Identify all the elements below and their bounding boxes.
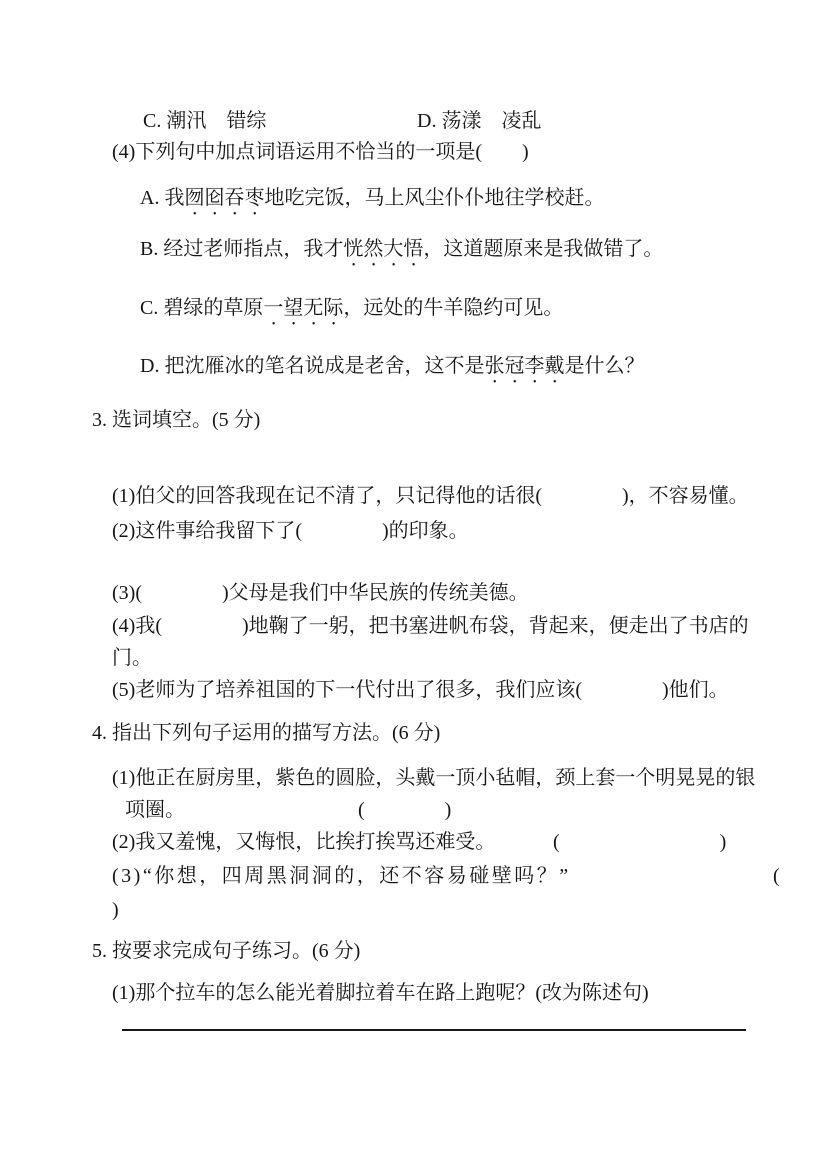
q5-item-1: (1)那个拉车的怎么能光着脚拉着车在路上跑呢？(改为陈述句) (112, 980, 649, 1006)
q2-4-option-a-post: 地吃完饭，马上风尘仆仆地往学校赶。 (264, 187, 604, 209)
q5-title: 5. 按要求完成句子练习。(6 分) (92, 938, 360, 964)
q2-4-option-d: D. 把沈雁冰的笔名说成是老舍，这不是张冠李戴是什么？ (140, 353, 644, 388)
q3-item-5: (5)老师为了培养祖国的下一代付出了很多，我们应该( )他们。 (112, 677, 729, 703)
q2-4-option-d-emphasized-word: 张冠李戴 (484, 355, 564, 377)
q2-4-option-d-post: 是什么？ (564, 355, 644, 377)
q4-item-1-answer-parens: ( ) (358, 797, 451, 823)
q4-item-2-answer-parens: ( ) (553, 829, 726, 855)
q4-item-3-close-paren: ) (112, 897, 119, 923)
q2-4-option-c-post: ，远处的牛羊隐约可见。 (343, 297, 563, 319)
q2-3-option-d: D. 荡漾 凌乱 (417, 108, 541, 134)
q2-4-option-a-emphasized-word: 囫囵吞枣 (184, 187, 264, 209)
q2-4-option-b: B. 经过老师指点，我才恍然大悟，这道题原来是我做错了。 (140, 236, 663, 271)
q4-item-1-line-2: 项圈。 (125, 797, 185, 823)
q4-item-3-open-paren: ( (773, 863, 780, 889)
q2-4-option-d-pre: D. 把沈雁冰的笔名说成是老舍，这不是 (140, 355, 484, 377)
q2-4-option-c: C. 碧绿的草原一望无际，远处的牛羊隐约可见。 (140, 295, 563, 330)
q3-item-3: (3)( )父母是我们中华民族的传统美德。 (112, 580, 529, 606)
q4-item-3: (3)“你想，四周黑洞洞的，还不容易碰壁吗？” (112, 863, 571, 889)
q2-4-option-b-pre: B. 经过老师指点，我才 (140, 238, 343, 260)
q3-item-2: (2)这件事给我留下了( )的印象。 (112, 518, 469, 544)
q2-4-stem: (4)下列句中加点词语运用不恰当的一项是( ) (112, 139, 529, 165)
q3-item-1: (1)伯父的回答我现在记不清了，只记得他的话很( )，不容易懂。 (112, 483, 749, 509)
q4-title: 4. 指出下列句子运用的描写方法。(6 分) (92, 720, 440, 746)
q2-3-option-c: C. 潮汛 错综 (143, 108, 266, 134)
exam-page: C. 潮汛 错综 D. 荡漾 凌乱 (4)下列句中加点词语运用不恰当的一项是( … (0, 0, 826, 1169)
q4-item-1-line-1: (1)他正在厨房里，紫色的圆脸，头戴一顶小毡帽，颈上套一个明晃晃的银 (112, 765, 755, 791)
q2-4-option-a: A. 我囫囵吞枣地吃完饭，马上风尘仆仆地往学校赶。 (140, 185, 604, 220)
q2-4-option-b-post: ，这道题原来是我做错了。 (423, 238, 663, 260)
q2-4-option-a-pre: A. 我 (140, 187, 184, 209)
q3-item-4-line-1: (4)我( )地鞠了一躬，把书塞进帆布袋，背起来，便走出了书店的 (112, 613, 749, 639)
q3-title: 3. 选词填空。(5 分) (92, 407, 260, 433)
answer-line (122, 1029, 746, 1031)
q3-item-4-line-2: 门。 (112, 645, 152, 671)
q2-4-option-c-pre: C. 碧绿的草原 (140, 297, 263, 319)
q2-4-option-b-emphasized-word: 恍然大悟 (343, 238, 423, 260)
q2-4-option-c-emphasized-word: 一望无际 (263, 297, 343, 319)
q4-item-2: (2)我又羞愧，又悔恨，比挨打挨骂还难受。 (112, 829, 495, 855)
